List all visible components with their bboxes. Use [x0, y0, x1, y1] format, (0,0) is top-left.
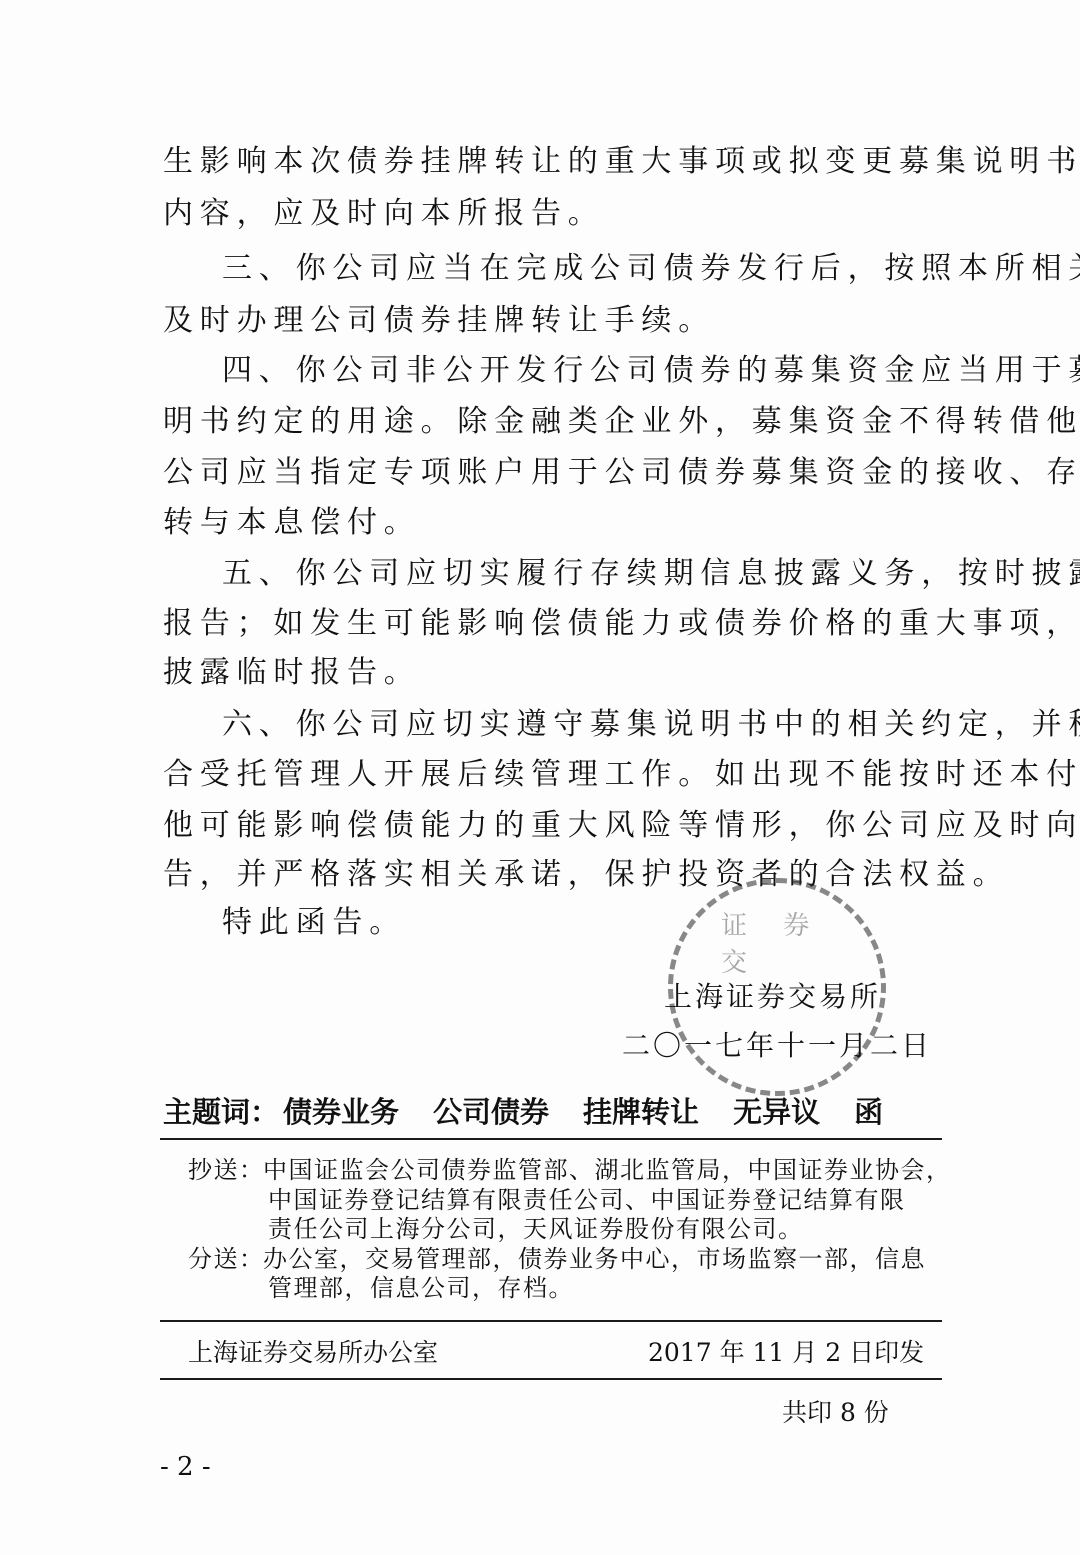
subject-keywords: 主题词： 债券业务 公司债券 挂牌转让 无异议 函	[163, 1090, 917, 1131]
divider-line	[160, 1320, 942, 1322]
keyword: 函	[854, 1090, 883, 1131]
issuer-signature: 上海证券交易所	[664, 975, 881, 1015]
cc-line: 责任公司上海分公司，天风证券股份有限公司。	[268, 1214, 804, 1244]
keyword: 无异议	[733, 1090, 820, 1131]
cc-line: 中国证券登记结算有限责任公司、中国证券登记结算有限	[268, 1185, 906, 1215]
keyword: 债券业务	[283, 1090, 399, 1131]
issuing-office: 上海证券交易所办公室	[188, 1333, 438, 1369]
body-line: 报告；如发生可能影响偿债能力或债券价格的重大事项，应及时	[163, 607, 938, 641]
paragraph-5-start: 五、你公司应切实履行存续期信息披露义务，按时披露定期	[222, 557, 997, 591]
body-line: 披露临时报告。	[163, 656, 938, 690]
print-date: 2017 年 11 月 2 日印发	[648, 1333, 924, 1369]
body-line: 及时办理公司债券挂牌转让手续。	[163, 304, 938, 338]
keyword: 挂牌转让	[583, 1090, 699, 1131]
body-line: 内容，应及时向本所报告。	[163, 197, 938, 231]
seal-text: 证 券 交	[721, 905, 881, 979]
body-line: 他可能影响偿债能力的重大风险等情形，你公司应及时向本所报	[163, 809, 938, 843]
divider-line	[160, 1138, 942, 1140]
dist-line: 管理部，信息公司，存档。	[268, 1273, 574, 1303]
divider-line	[160, 1378, 942, 1380]
paragraph-4-start: 四、你公司非公开发行公司债券的募集资金应当用于募集说	[222, 354, 997, 388]
body-line: 生影响本次债券挂牌转让的重大事项或拟变更募集说明书相关	[163, 145, 938, 179]
copies-count: 共印 8 份	[782, 1393, 889, 1429]
signature-date: 二〇一七年十一月二日	[622, 1024, 932, 1064]
paragraph-6-start: 六、你公司应切实遵守募集说明书中的相关约定，并积极配	[222, 708, 997, 742]
document-page: 生影响本次债券挂牌转让的重大事项或拟变更募集说明书相关 内容，应及时向本所报告。…	[0, 0, 1080, 1555]
paragraph-3-start: 三、你公司应当在完成公司债券发行后，按照本所相关规定	[222, 252, 997, 286]
cc-line: 中国证监会公司债券监管部、湖北监管局，中国证券业协会，	[263, 1155, 952, 1185]
body-line: 明书约定的用途。除金融类企业外，募集资金不得转借他人。你	[163, 405, 938, 439]
dist-line: 办公室，交易管理部，债券业务中心，市场监察一部，信息	[263, 1244, 926, 1274]
body-line: 公司应当指定专项账户用于公司债券募集资金的接收、存储、划	[163, 456, 938, 490]
cc-label: 抄送：	[188, 1155, 265, 1185]
body-line: 合受托管理人开展后续管理工作。如出现不能按时还本付息或其	[163, 758, 938, 792]
page-number: - 2 -	[160, 1452, 211, 1482]
body-line: 转与本息偿付。	[163, 506, 938, 540]
keyword: 公司债券	[433, 1090, 549, 1131]
dist-label: 分送：	[188, 1244, 265, 1274]
keywords-label: 主题词：	[163, 1090, 279, 1131]
